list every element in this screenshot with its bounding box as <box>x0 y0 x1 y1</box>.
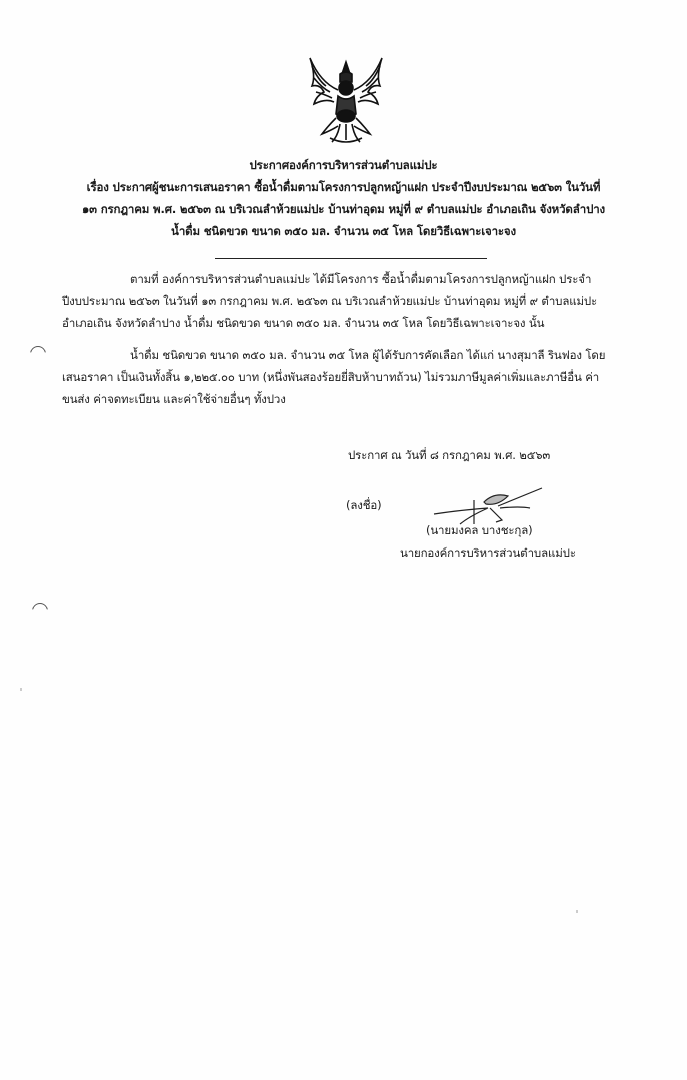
paragraph1-line-2: ปีงบประมาณ ๒๕๖๓ ในวันที่ ๑๓ กรกฎาคม พ.ศ.… <box>62 294 597 308</box>
scan-speck <box>576 910 578 913</box>
document-heading: ประกาศองค์การบริหารส่วนตำบลแม่ปะ <box>0 158 687 172</box>
scanned-document-page: ประกาศองค์การบริหารส่วนตำบลแม่ปะ เรื่อง … <box>0 0 687 1080</box>
garuda-emblem-icon <box>302 52 390 148</box>
paragraph2-line-3: ขนส่ง ค่าจดทะเบียน และค่าใช้จ่ายอื่นๆ ทั… <box>62 392 286 406</box>
paragraph1-line-1: ตามที่ องค์การบริหารส่วนตำบลแม่ปะ ได้มีโ… <box>130 272 591 286</box>
subject-line-3: น้ำดื่ม ชนิดขวด ขนาด ๓๕๐ มล. จำนวน ๓๕ โห… <box>0 224 687 238</box>
heading-divider <box>215 258 487 259</box>
punch-hole-mark <box>32 603 48 619</box>
signer-name: (นายมงคล บางชะกุล) <box>426 523 532 537</box>
signer-title: นายกองค์การบริหารส่วนตำบลแม่ปะ <box>400 546 576 560</box>
subject-line-2: ๑๓ กรกฎาคม พ.ศ. ๒๕๖๓ ณ บริเวณลำห้วยแม่ปะ… <box>0 202 687 216</box>
paragraph2-line-1: น้ำดื่ม ชนิดขวด ขนาด ๓๕๐ มล. จำนวน ๓๕ โห… <box>130 348 605 362</box>
handwritten-signature-icon <box>430 486 550 526</box>
announcement-date: ประกาศ ณ วันที่ ๘ กรกฎาคม พ.ศ. ๒๕๖๓ <box>348 448 550 462</box>
punch-hole-mark <box>30 346 46 362</box>
subject-line-1: เรื่อง ประกาศผู้ชนะการเสนอราคา ซื้อน้ำดื… <box>0 180 687 194</box>
paragraph1-line-3: อำเภอเถิน จังหวัดลำปาง น้ำดื่ม ชนิดขวด ข… <box>62 316 544 330</box>
signed-label: (ลงชื่อ) <box>346 498 381 512</box>
paragraph2-line-2: เสนอราคา เป็นเงินทั้งสิ้น ๑,๒๒๕.๐๐ บาท (… <box>62 370 599 384</box>
scan-speck <box>20 688 22 691</box>
